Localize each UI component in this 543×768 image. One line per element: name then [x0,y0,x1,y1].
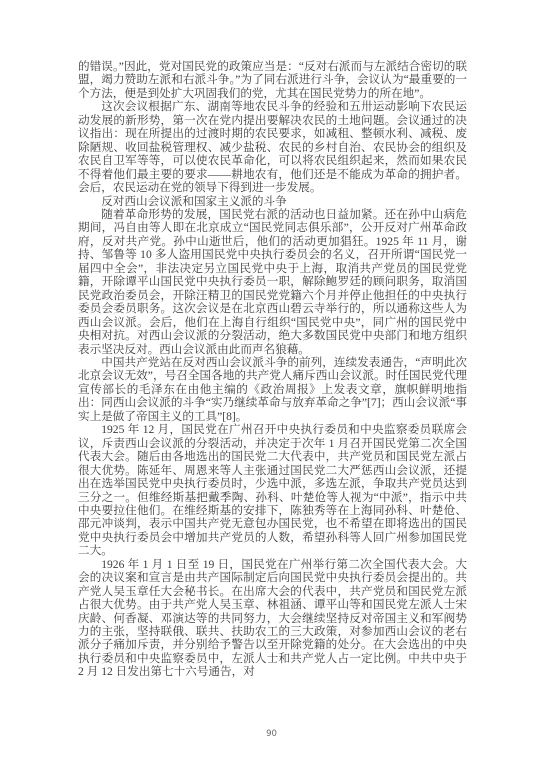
paragraph: 中国共产党站在反对西山会议派斗争的前列，连续发表通告，“声明此次北京会议无效”，… [78,356,467,423]
paragraph: 随着革命形势的发展，国民党右派的活动也日益加紧。还在孙中山病危期间，冯自由等人即… [78,208,467,356]
paragraph: 1926 年 1 月 1 日至 19 日，国民党在广州举行第二次全国代表大会。大… [78,558,467,679]
page-body: 的错误。”因此，党对国民党的政策应当是：“反对右派而与左派结合密切的联盟，竭力赞… [78,60,467,679]
paragraph: 这次会议根据广东、湖南等地农民斗争的经验和五卅运动影响下农民运动发展的新形势，第… [78,100,467,194]
section-heading: 反对西山会议派和国家主义派的斗争 [78,195,467,208]
document-page: 的错误。”因此，党对国民党的政策应当是：“反对右派而与左派结合密切的联盟，竭力赞… [0,0,543,768]
page-number: 90 [0,729,543,739]
paragraph: 的错误。”因此，党对国民党的政策应当是：“反对右派而与左派结合密切的联盟，竭力赞… [78,60,467,100]
paragraph: 1925 年 12 月，国民党在广州召开中央执行委员和中央监察委员联席会议，斥责… [78,423,467,558]
